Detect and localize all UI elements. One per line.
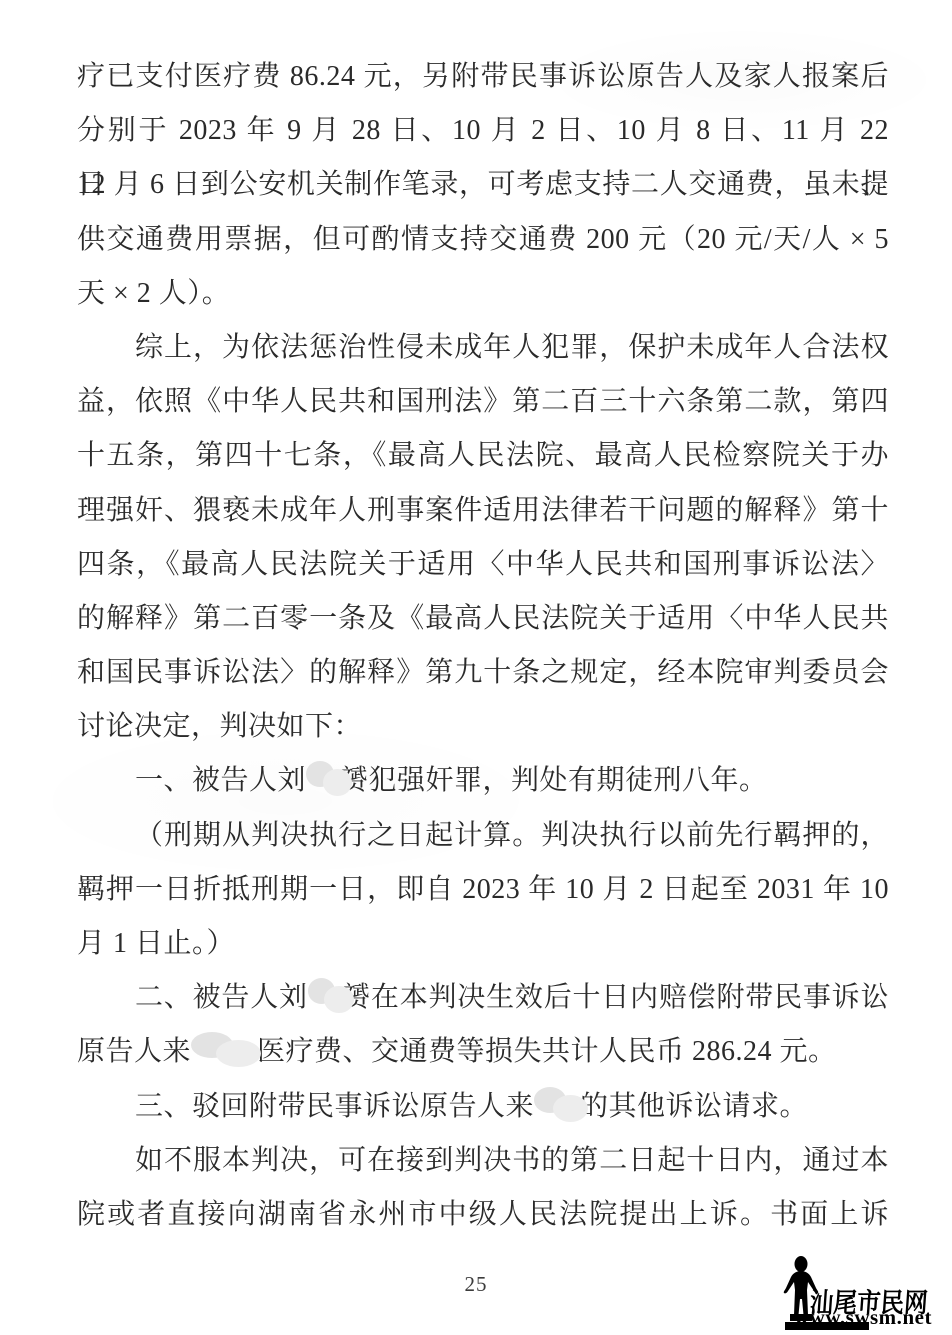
text-line: 和国民事诉讼法〉的解释》第九十条之规定，经本院审判委员会 <box>77 646 889 700</box>
redaction-blur <box>191 1031 261 1067</box>
text-line: 月 1 日止。） <box>77 917 889 971</box>
text-line: 理强奸、猥亵未成年人刑事案件适用法律若干问题的解释》第十 <box>77 484 889 538</box>
text-segment: 二、被告人刘 <box>135 982 308 1013</box>
text-line: 综上，为依法惩治性侵未成年人犯罪，保护未成年人合法权 <box>77 321 889 375</box>
text-line: 疗已支付医疗费 86.24 元，另附带民事诉讼原告人及家人报案后 <box>77 50 889 104</box>
text-segment: 讨论决定，判决如下： <box>77 711 362 742</box>
text-segment: 医疗费、交通费等损失共计人民币 286.24 元。 <box>257 1036 837 1067</box>
text-segment: 疗已支付医疗费 86.24 元，另附带民事诉讼原告人及家人报案后 <box>77 61 889 92</box>
text-line: （刑期从判决执行之日起计算。判决执行以前先行羁押的， <box>77 809 889 863</box>
text-segment: 赟犯强奸罪，判处有期徒刑八年。 <box>340 765 768 796</box>
text-line: 四条，《最高人民法院关于适用〈中华人民共和国刑事诉讼法〉 <box>77 538 889 592</box>
text-segment: 和国民事诉讼法〉的解释》第九十条之规定，经本院审判委员会 <box>77 657 889 688</box>
text-line: 12 月 6 日到公安机关制作笔录，可考虑支持二人交通费，虽未提 <box>77 158 889 212</box>
redaction-blur <box>308 977 354 1013</box>
text-segment: 一、被告人刘 <box>135 765 306 796</box>
watermark: 汕尾市民网 www.swsm.net <box>758 1228 950 1333</box>
text-line: 天 × 2 人）。 <box>77 267 889 321</box>
text-line: 一、被告人刘赟犯强奸罪，判处有期徒刑八年。 <box>77 754 889 808</box>
watermark-site-url: www.swsm.net <box>794 1307 932 1329</box>
scanned-judgment-page: 疗已支付医疗费 86.24 元，另附带民事诉讼原告人及家人报案后分别于 2023… <box>0 0 952 1335</box>
text-segment: 羁押一日折抵刑期一日，即自 2023 年 10 月 2 日起至 2031 年 1… <box>77 874 889 905</box>
text-segment: 理强奸、猥亵未成年人刑事案件适用法律若干问题的解释》第十 <box>77 495 889 526</box>
text-segment: （刑期从判决执行之日起计算。判决执行以前先行羁押的， <box>135 820 889 851</box>
document-text: 疗已支付医疗费 86.24 元，另附带民事诉讼原告人及家人报案后分别于 2023… <box>77 50 889 1242</box>
text-segment: 供交通费用票据，但可酌情支持交通费 200 元（20 元/天/人 × 5 <box>77 224 889 255</box>
text-segment: 赟在本判决生效后十日内赔偿附带民事诉讼 <box>342 982 889 1013</box>
text-line: 益，依照《中华人民共和国刑法》第二百三十六条第二款，第四 <box>77 375 889 429</box>
text-line: 二、被告人刘赟在本判决生效后十日内赔偿附带民事诉讼 <box>77 971 889 1025</box>
text-line: 羁押一日折抵刑期一日，即自 2023 年 10 月 2 日起至 2031 年 1… <box>77 863 889 917</box>
text-line: 供交通费用票据，但可酌情支持交通费 200 元（20 元/天/人 × 5 <box>77 213 889 267</box>
redaction-blur <box>306 760 352 796</box>
text-segment: 四条，《最高人民法院关于适用〈中华人民共和国刑事诉讼法〉 <box>77 549 889 580</box>
text-segment: 院或者直接向湖南省永州市中级人民法院提出上诉。书面上诉 <box>77 1199 889 1230</box>
text-segment: 的其他诉讼请求。 <box>580 1091 808 1122</box>
text-segment: 原告人来 <box>77 1036 191 1067</box>
text-segment: 12 月 6 日到公安机关制作笔录，可考虑支持二人交通费，虽未提 <box>77 169 889 200</box>
text-line: 三、驳回附带民事诉讼原告人来的其他诉讼请求。 <box>77 1080 889 1134</box>
text-segment: 综上，为依法惩治性侵未成年人犯罪，保护未成年人合法权 <box>135 332 889 363</box>
text-segment: 月 1 日止。） <box>77 928 235 959</box>
text-line: 十五条，第四十七条，《最高人民法院、最高人民检察院关于办 <box>77 429 889 483</box>
text-line: 讨论决定，判决如下： <box>77 700 889 754</box>
text-segment: 三、驳回附带民事诉讼原告人来 <box>135 1091 534 1122</box>
text-segment: 十五条，第四十七条，《最高人民法院、最高人民检察院关于办 <box>77 440 889 471</box>
text-line: 分别于 2023 年 9 月 28 日、10 月 2 日、10 月 8 日、11… <box>77 104 889 158</box>
text-segment: 天 × 2 人）。 <box>77 278 230 309</box>
text-line: 原告人来医疗费、交通费等损失共计人民币 286.24 元。 <box>77 1025 889 1079</box>
text-segment: 的解释》第二百零一条及《最高人民法院关于适用〈中华人民共 <box>77 603 889 634</box>
text-segment: 如不服本判决，可在接到判决书的第二日起十日内，通过本 <box>135 1145 889 1176</box>
redaction-blur <box>534 1086 588 1122</box>
text-segment: 益，依照《中华人民共和国刑法》第二百三十六条第二款，第四 <box>77 386 889 417</box>
text-line: 的解释》第二百零一条及《最高人民法院关于适用〈中华人民共 <box>77 592 889 646</box>
text-line: 如不服本判决，可在接到判决书的第二日起十日内，通过本 <box>77 1134 889 1188</box>
